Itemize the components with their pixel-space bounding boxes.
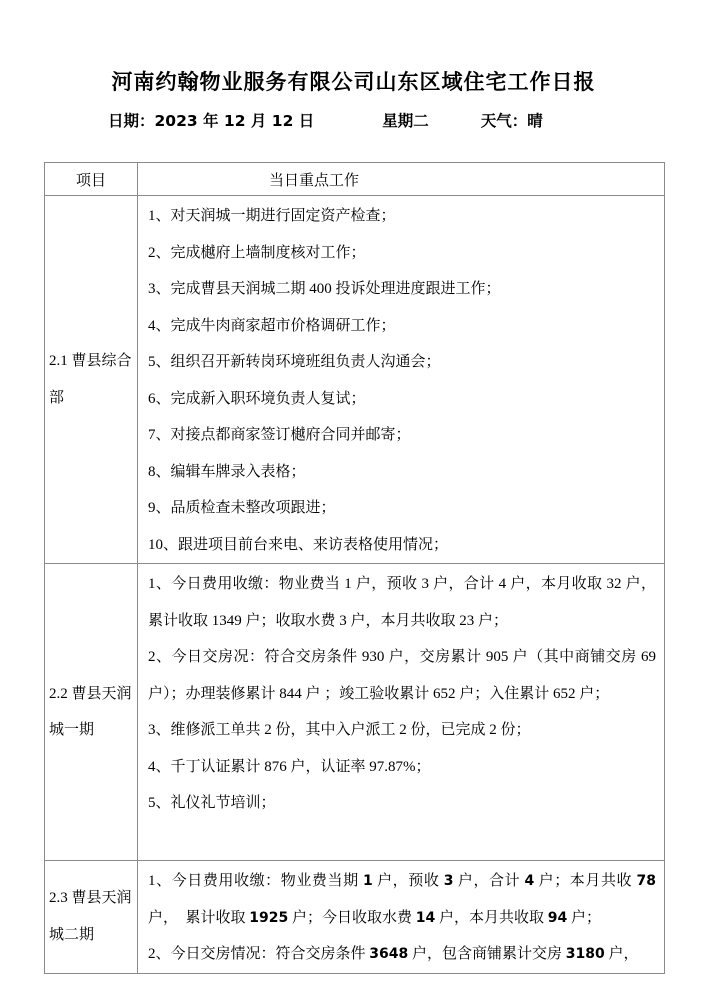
work-item: 6、完成新入职环境负责人复试； — [148, 381, 656, 418]
work-item: 1、今日费用收缴：物业费当 1 户，预收 3 户，合计 4 户，本月收取 32 … — [148, 566, 656, 639]
work-cell: 1、对天润城一期进行固定资产检查；2、完成樾府上墙制度核对工作；3、完成曹县天润… — [138, 196, 665, 564]
date-value: 日期：2023 年 12 月 12 日 — [108, 112, 314, 130]
bold-number: 3180 — [566, 946, 605, 962]
work-item: 4、千丁认证累计 876 户，认证率 97.87%； — [148, 749, 656, 786]
bold-number: 4 — [525, 873, 535, 889]
report-table: 项目 当日重点工作 2.1 曹县综合部1、对天润城一期进行固定资产检查；2、完成… — [44, 162, 665, 974]
bold-number: 14 — [416, 910, 435, 926]
table-row: 2.2 曹县天润城一期1、今日费用收缴：物业费当 1 户，预收 3 户，合计 4… — [45, 564, 665, 861]
work-item: 4、完成牛肉商家超市价格调研工作； — [148, 308, 656, 345]
bold-number: 1 — [363, 873, 373, 889]
bold-number: 94 — [548, 910, 567, 926]
work-cell: 1、今日费用收缴：物业费当 1 户，预收 3 户，合计 4 户，本月收取 32 … — [138, 564, 665, 861]
project-cell: 2.1 曹县综合部 — [45, 196, 138, 564]
work-item: 7、对接点都商家签订樾府合同并邮寄； — [148, 417, 656, 454]
work-item: 5、礼仪礼节培训； — [148, 785, 656, 822]
date-line: 日期：2023 年 12 月 12 日星期二天气：晴 — [108, 109, 543, 131]
work-item: 1、今日费用收缴：物业费当期 1 户，预收 3 户，合计 4 户；本月共收 78… — [148, 863, 656, 936]
project-cell: 2.2 曹县天润城一期 — [45, 564, 138, 861]
project-cell: 2.3 曹县天润城二期 — [45, 861, 138, 974]
bold-number: 78 — [636, 873, 655, 889]
work-item: 9、品质检查未整改项跟进； — [148, 490, 656, 527]
weekday-value: 星期二 — [382, 109, 429, 131]
work-item: 2、今日交房情况：符合交房条件 3648 户，包含商铺累计交房 3180 户， — [148, 936, 656, 973]
work-item: 1、对天润城一期进行固定资产检查； — [148, 198, 656, 235]
report-table-body: 2.1 曹县综合部1、对天润城一期进行固定资产检查；2、完成樾府上墙制度核对工作… — [45, 196, 665, 974]
header-row: 项目 当日重点工作 — [45, 163, 665, 196]
work-item: 8、编辑车牌录入表格； — [148, 454, 656, 491]
work-cell: 1、今日费用收缴：物业费当期 1 户，预收 3 户，合计 4 户；本月共收 78… — [138, 861, 665, 974]
work-item: 5、组织召开新转岗环境班组负责人沟通会； — [148, 344, 656, 381]
table-row: 2.1 曹县综合部1、对天润城一期进行固定资产检查；2、完成樾府上墙制度核对工作… — [45, 196, 665, 564]
page-title: 河南约翰物业服务有限公司山东区域住宅工作日报 — [0, 66, 707, 96]
bold-number: 3 — [444, 873, 454, 889]
weather-value: 天气：晴 — [481, 109, 543, 131]
work-header-cell: 当日重点工作 — [138, 163, 665, 196]
work-item: 10、跟进项目前台来电、来访表格使用情况； — [148, 527, 656, 564]
work-item: 3、维修派工单共 2 份，其中入户派工 2 份，已完成 2 份； — [148, 712, 656, 749]
project-header-cell: 项目 — [45, 163, 138, 196]
work-item: 2、今日交房况：符合交房条件 930 户，交房累计 905 户（其中商铺交房 6… — [148, 639, 656, 712]
table-row: 2.3 曹县天润城二期1、今日费用收缴：物业费当期 1 户，预收 3 户，合计 … — [45, 861, 665, 974]
work-item: 2、完成樾府上墙制度核对工作； — [148, 235, 656, 272]
bold-number: 1925 — [249, 910, 288, 926]
work-item: 3、完成曹县天润城二期 400 投诉处理进度跟进工作； — [148, 271, 656, 308]
bold-number: 3648 — [369, 946, 408, 962]
